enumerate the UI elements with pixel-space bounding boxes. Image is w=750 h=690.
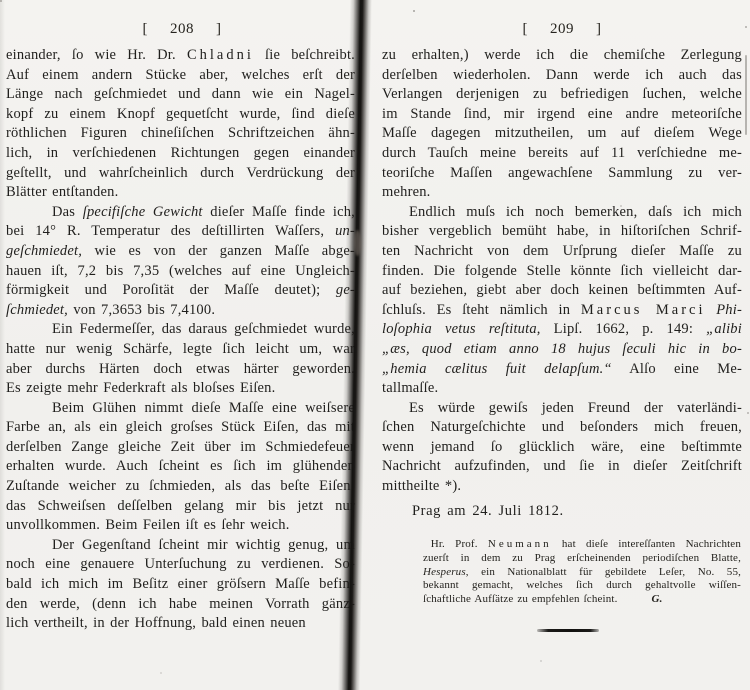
text-run: derſelben wiederholen. Dann werde ich au…	[382, 67, 742, 83]
text-run: ſchen Naturgeſchichte und beſonders mich…	[382, 419, 742, 435]
text-line: bisher vergeblich bemüht habe, in hiſtor…	[382, 222, 742, 242]
page-number-right: [ 209 ]	[382, 20, 742, 38]
right-page-text-column: zu erhalten,) werde ich die chemiſche Ze…	[382, 46, 742, 497]
text-run: Endlich muſs ich noch bemerken, daſs ich…	[409, 204, 742, 220]
text-line: ten Nachricht von dem Urſprung dieſer Ma…	[382, 242, 742, 262]
text-line: röthlichen Figuren chineſiſchen Schriftz…	[6, 124, 355, 144]
text-run: noch eine genauere Unterſuchung zu verdi…	[6, 556, 355, 572]
text-run: Chladni	[187, 47, 254, 63]
right-edge-scan-mark	[745, 55, 747, 135]
text-run: ſchaftliche Aufſätze zu empfehlen ſchein…	[423, 593, 617, 605]
text-run: Phi-	[716, 302, 742, 318]
bracket-open: [	[143, 21, 149, 38]
text-run: hat dieſe intereſſanten Nachrichten	[552, 538, 741, 550]
text-run: mittheilte *).	[382, 478, 461, 494]
text-run: Alſo eine Me-	[612, 361, 742, 377]
text-run: den werde, (denn ich habe meinen Vorrath…	[6, 596, 355, 612]
text-line: teoriſche Maſſen angewachſene Sammlung z…	[382, 164, 742, 184]
text-line: finden. Die folgende Stelle könnte ſich …	[382, 262, 742, 282]
text-run: zu erhalten,) werde ich die chemiſche Ze…	[382, 47, 742, 63]
text-run: loſophia vetus reſtituta,	[382, 321, 541, 337]
text-run: kopf zu einem Knopf gequetſcht wurde, ſi…	[6, 106, 355, 122]
text-line: mittheilte *).	[382, 477, 742, 497]
text-run: ten Nachricht von dem Urſprung dieſer Ma…	[382, 243, 742, 259]
text-line: Es würde gewiſs jeden Freund der vaterlä…	[382, 399, 742, 419]
text-line: bald ich mich im Beſitz einer gröſsern M…	[6, 575, 355, 595]
text-run: *)	[423, 538, 431, 550]
text-line: hauen iſt, 7,2 bis 7,35 (welches auf ein…	[6, 262, 355, 282]
text-run: Ein Federmeſſer, das daraus geſchmiedet …	[52, 321, 355, 337]
text-run: tallmaſſe.	[382, 380, 438, 396]
text-line: Nachricht aufzufinden, und ſie in dieſer…	[382, 457, 742, 477]
text-line: das Schweiſsen deſſelben gelang mir bis …	[6, 497, 355, 517]
text-run: Blätter entſtanden.	[6, 184, 118, 200]
text-line: Zuſtande weicher zu ſchmieden, als das b…	[6, 477, 355, 497]
text-line: Blätter entſtanden.	[6, 183, 355, 203]
book-spread-scan: [ 208 ] [ 209 ] einander, ſo wie Hr. Dr.…	[0, 0, 750, 690]
page-number-value: 208	[170, 21, 194, 38]
text-run: von 7,3653 bis 7,4100.	[68, 302, 215, 318]
footnote-line: bekannt gemacht, welches ſich durch geha…	[423, 579, 741, 593]
text-run: mehren.	[382, 184, 431, 200]
text-run: wie es von der ganzen Maſſe abge-	[82, 243, 355, 259]
text-run: im Stande ſind, mir irgend eine andre me…	[382, 106, 742, 122]
text-run: Marcus Marci	[581, 302, 706, 318]
text-run: „alibi	[706, 321, 742, 337]
text-line: mehren.	[382, 183, 742, 203]
text-run: bisher vergeblich bemüht habe, in hiſtor…	[382, 223, 742, 239]
paragraph: Endlich muſs ich noch bemerken, daſs ich…	[382, 203, 742, 399]
text-line: kopf zu einem Knopf gequetſcht wurde, ſi…	[6, 105, 355, 125]
text-line: förmigkeit und Poroſität der Maſſe deute…	[6, 281, 355, 301]
text-line: unvollkommen. Beim Feilen iſt es ſehr we…	[6, 516, 355, 536]
bracket-close: ]	[596, 21, 602, 38]
text-line: wenn jemand ſo glücklich wäre, eine beſt…	[382, 438, 742, 458]
text-run: Das	[52, 204, 83, 220]
text-run	[706, 302, 717, 318]
text-line: derſelben wiederholen. Dann werde ich au…	[382, 66, 742, 86]
text-line: noch eine genauere Unterſuchung zu verdi…	[6, 555, 355, 575]
text-line: „æs, quod etiam anno 18 hujus ſeculi hic…	[382, 340, 742, 360]
text-line: ſchmiedet, von 7,3653 bis 7,4100.	[6, 301, 355, 321]
text-line: geſchmiedet, wie es von der ganzen Maſſe…	[6, 242, 355, 262]
footnote: *) Hr. Prof. Neumann hat dieſe intereſſa…	[423, 538, 741, 607]
scan-specks	[0, 0, 2, 2]
text-line: Farbe an, als ein gleich groſses Stück E…	[6, 418, 355, 438]
text-run: ſchluſs. Es ſteht nämlich in	[382, 302, 581, 318]
text-run: geſtellt, und wahrſcheinlich durch Verdr…	[6, 165, 355, 181]
text-line: einander, ſo wie Hr. Dr. Chladni ſie beſ…	[6, 46, 355, 66]
text-run: derſelben Zange gleiche Zeit über im Sch…	[6, 439, 355, 455]
bracket-close: ]	[216, 21, 222, 38]
text-line: ſchluſs. Es ſteht nämlich in Marcus Marc…	[382, 301, 742, 321]
text-run: Maſſe dagegen mitzutheilen, um auf dieſe…	[382, 125, 742, 141]
text-run: , ein Nationalblatt für gebildete Leſer,…	[466, 566, 741, 578]
text-line: im Stande ſind, mir irgend eine andre me…	[382, 105, 742, 125]
paragraph: zu erhalten,) werde ich die chemiſche Ze…	[382, 46, 742, 203]
text-run: röthlichen Figuren chineſiſchen Schriftz…	[6, 125, 355, 141]
text-line: derſelben Zange gleiche Zeit über im Sch…	[6, 438, 355, 458]
text-line: Beim Glühen nimmt dieſe Maſſe eine weiſs…	[6, 399, 355, 419]
paragraph: Es würde gewiſs jeden Freund der vaterlä…	[382, 399, 742, 497]
text-line: Länge nach geſchmiedet und dann wie ein …	[6, 85, 355, 105]
text-line: auf beziehen, giebt aber doch keinen beſ…	[382, 281, 742, 301]
text-run: aber durchs Härten doch etwas härter gew…	[6, 361, 355, 377]
text-run: lich vertheilt, in der Hoffnung, bald ei…	[6, 615, 306, 631]
paragraph: Ein Federmeſſer, das daraus geſchmiedet …	[6, 320, 355, 398]
text-line: erhalten wurde. Auch ſcheint es ſich im …	[6, 457, 355, 477]
text-run: „æs, quod etiam anno 18 hujus ſeculi hic…	[382, 341, 742, 357]
text-run: ſie beſchreibt.	[254, 47, 355, 63]
text-run: Lipſ. 1662, p. 149:	[541, 321, 707, 337]
paragraph: Der Gegenſtand ſcheint mir wichtig genug…	[6, 536, 355, 634]
text-run: bei 14° R. Temperatur des deſtillirten W…	[6, 223, 335, 239]
paragraph: Beim Glühen nimmt dieſe Maſſe eine weiſs…	[6, 399, 355, 536]
footnote-line: zuerſt in dem zu Prag erſcheinenden peri…	[423, 552, 741, 566]
text-line: loſophia vetus reſtituta, Lipſ. 1662, p.…	[382, 320, 742, 340]
footnote-line: *) Hr. Prof. Neumann hat dieſe intereſſa…	[423, 538, 741, 552]
text-run: hatte nur wenig Schärfe, legte ſich leic…	[6, 341, 355, 357]
gutter-smudge	[354, 230, 361, 256]
text-line: durch Tauſch meine bereits auf 11 verſch…	[382, 144, 742, 164]
text-run: bekannt gemacht, welches ſich durch geha…	[423, 579, 741, 591]
text-line: den werde, (denn ich habe meinen Vorrath…	[6, 595, 355, 615]
text-run: erhalten wurde. Auch ſcheint es ſich im …	[6, 458, 355, 474]
text-run: bald ich mich im Beſitz einer gröſsern M…	[6, 576, 355, 592]
text-line: hatte nur wenig Schärfe, legte ſich leic…	[6, 340, 355, 360]
text-run: ſpecifiſche Gewicht	[83, 204, 203, 220]
text-line: Es zeigte mehr Federkraft als bloſses Ei…	[6, 379, 355, 399]
text-run: Länge nach geſchmiedet und dann wie ein …	[6, 86, 355, 102]
text-line: Endlich muſs ich noch bemerken, daſs ich…	[382, 203, 742, 223]
paragraph: Das ſpecifiſche Gewicht dieſer Maſſe fin…	[6, 203, 355, 321]
text-run: finden. Die folgende Stelle könnte ſich …	[382, 263, 742, 279]
text-run: G.	[651, 593, 662, 605]
text-line: Der Gegenſtand ſcheint mir wichtig genug…	[6, 536, 355, 556]
text-line: tallmaſſe.	[382, 379, 742, 399]
text-run: „hemia cælitus fuit delapſum.“	[382, 361, 612, 377]
text-run: Beim Glühen nimmt dieſe Maſſe eine weiſs…	[52, 400, 355, 416]
text-run: Es würde gewiſs jeden Freund der vaterlä…	[409, 400, 742, 416]
text-run: lich, in verſchiedenen Richtungen gegen …	[6, 145, 355, 161]
text-run: zuerſt in dem zu Prag erſcheinenden peri…	[423, 552, 741, 564]
text-run: unvollkommen. Beim Feilen iſt es ſehr we…	[6, 517, 290, 533]
text-run: ſchmiedet,	[6, 302, 68, 318]
text-line: geſtellt, und wahrſcheinlich durch Verdr…	[6, 164, 355, 184]
text-line: Auf einem andern Stücke aber, welches er…	[6, 66, 355, 86]
text-line: ſchen Naturgeſchichte und beſonders mich…	[382, 418, 742, 438]
text-run: dieſer Maſſe finde ich,	[203, 204, 355, 220]
text-line: aber durchs Härten doch etwas härter gew…	[6, 360, 355, 380]
left-edge-shadow	[0, 0, 5, 690]
page-number-value: 209	[550, 21, 574, 38]
text-run: geſchmiedet,	[6, 243, 82, 259]
text-run: durch Tauſch meine bereits auf 11 verſch…	[382, 145, 742, 161]
text-line: lich vertheilt, in der Hoffnung, bald ei…	[6, 614, 355, 634]
text-run: förmigkeit und Poroſität der Maſſe deute…	[6, 282, 336, 298]
text-run: Farbe an, als ein gleich groſses Stück E…	[6, 419, 355, 435]
dateline: Prag am 24. Juli 1812.	[412, 503, 564, 520]
text-run: Der Gegenſtand ſcheint mir wichtig genug…	[52, 537, 355, 553]
text-run: Hesperus	[423, 566, 466, 578]
text-run: Zuſtande weicher zu ſchmieden, als das b…	[6, 478, 355, 494]
text-run: teoriſche Maſſen angewachſene Sammlung z…	[382, 165, 742, 181]
text-run: Neumann	[488, 538, 552, 550]
text-line: lich, in verſchiedenen Richtungen gegen …	[6, 144, 355, 164]
text-line: Maſſe dagegen mitzutheilen, um auf dieſe…	[382, 124, 742, 144]
text-run: Nachricht aufzufinden, und ſie in dieſer…	[382, 458, 742, 474]
text-run: das Schweiſsen deſſelben gelang mir bis …	[6, 498, 355, 514]
text-line: Das ſpecifiſche Gewicht dieſer Maſſe fin…	[6, 203, 355, 223]
text-run: auf beziehen, giebt aber doch keinen beſ…	[382, 282, 742, 298]
text-line: zu erhalten,) werde ich die chemiſche Ze…	[382, 46, 742, 66]
text-run: Auf einem andern Stücke aber, welches er…	[6, 67, 355, 83]
page-number-left: [ 208 ]	[6, 20, 358, 38]
end-rule	[537, 629, 599, 632]
paragraph: einander, ſo wie Hr. Dr. Chladni ſie beſ…	[6, 46, 355, 203]
text-line: Ein Federmeſſer, das daraus geſchmiedet …	[6, 320, 355, 340]
text-run: hauen iſt, 7,2 bis 7,35 (welches auf ein…	[6, 263, 355, 279]
text-line: bei 14° R. Temperatur des deſtillirten W…	[6, 222, 355, 242]
text-run: Es zeigte mehr Federkraft als bloſses Ei…	[6, 380, 275, 396]
text-run: Hr. Prof.	[431, 538, 488, 550]
text-run: Verlangen derjenigen zu befriedigen ſuch…	[382, 86, 742, 102]
text-run: wenn jemand ſo glücklich wäre, eine beſt…	[382, 439, 742, 455]
footnote-line: Hesperus, ein Nationalblatt für gebildet…	[423, 566, 741, 580]
footnote-line: ſchaftliche Aufſätze zu empfehlen ſchein…	[423, 593, 741, 607]
text-line: Verlangen derjenigen zu befriedigen ſuch…	[382, 85, 742, 105]
left-page-text-column: einander, ſo wie Hr. Dr. Chladni ſie beſ…	[6, 46, 355, 634]
bracket-open: [	[523, 21, 529, 38]
text-line: „hemia cælitus fuit delapſum.“ Alſo eine…	[382, 360, 742, 380]
text-run: einander, ſo wie Hr. Dr.	[6, 47, 187, 63]
